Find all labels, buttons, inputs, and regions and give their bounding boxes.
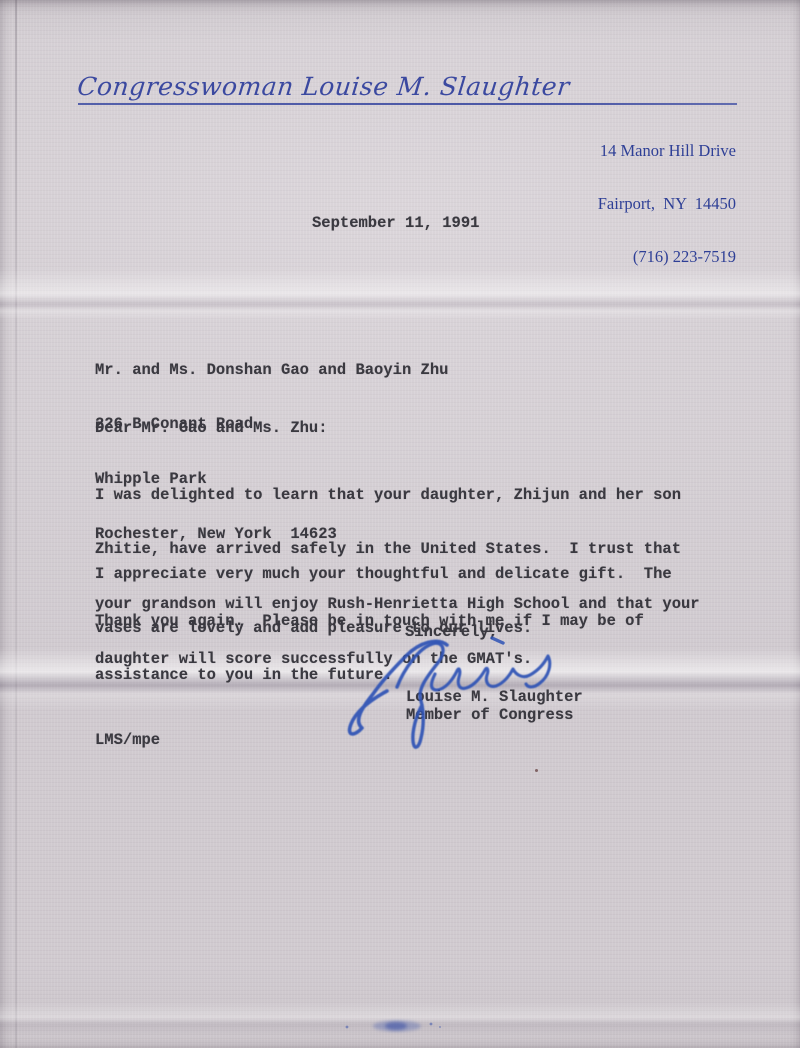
recipient-line: Mr. and Ms. Donshan Gao and Baoyin Zhu (95, 361, 448, 379)
signed-title: Member of Congress (406, 706, 573, 724)
ink-smudge (346, 1021, 441, 1032)
letterhead-rule (78, 103, 737, 105)
signed-name: Louise M. Slaughter (406, 688, 583, 706)
paper-speck (535, 769, 538, 772)
letterhead-script-name: Congresswoman Louise M. Slaughter (76, 72, 571, 101)
fold-crease-footer (0, 1002, 800, 1036)
letterhead-address: 14 Manor Hill Drive Fairport, NY 14450 (… (598, 107, 736, 301)
left-fold-line (15, 0, 17, 1048)
body-line: assistance to you in the future. (95, 666, 644, 684)
letterhead-address-line: Fairport, NY 14450 (598, 195, 736, 213)
body-line: I was delighted to learn that your daugh… (95, 486, 700, 504)
closing: Sincerely, (405, 623, 498, 641)
letterhead-address-line: 14 Manor Hill Drive (598, 142, 736, 160)
letter-date: September 11, 1991 (312, 214, 479, 232)
typist-initials: LMS/mpe (95, 731, 160, 749)
body-line: Thank you again. Please be in touch with… (95, 612, 644, 630)
salutation: Dear Mr. Gao and Ms. Zhu: (95, 419, 328, 437)
letterhead-phone: (716) 223-7519 (598, 248, 736, 266)
letter-page: Congresswoman Louise M. Slaughter 14 Man… (0, 0, 800, 1048)
